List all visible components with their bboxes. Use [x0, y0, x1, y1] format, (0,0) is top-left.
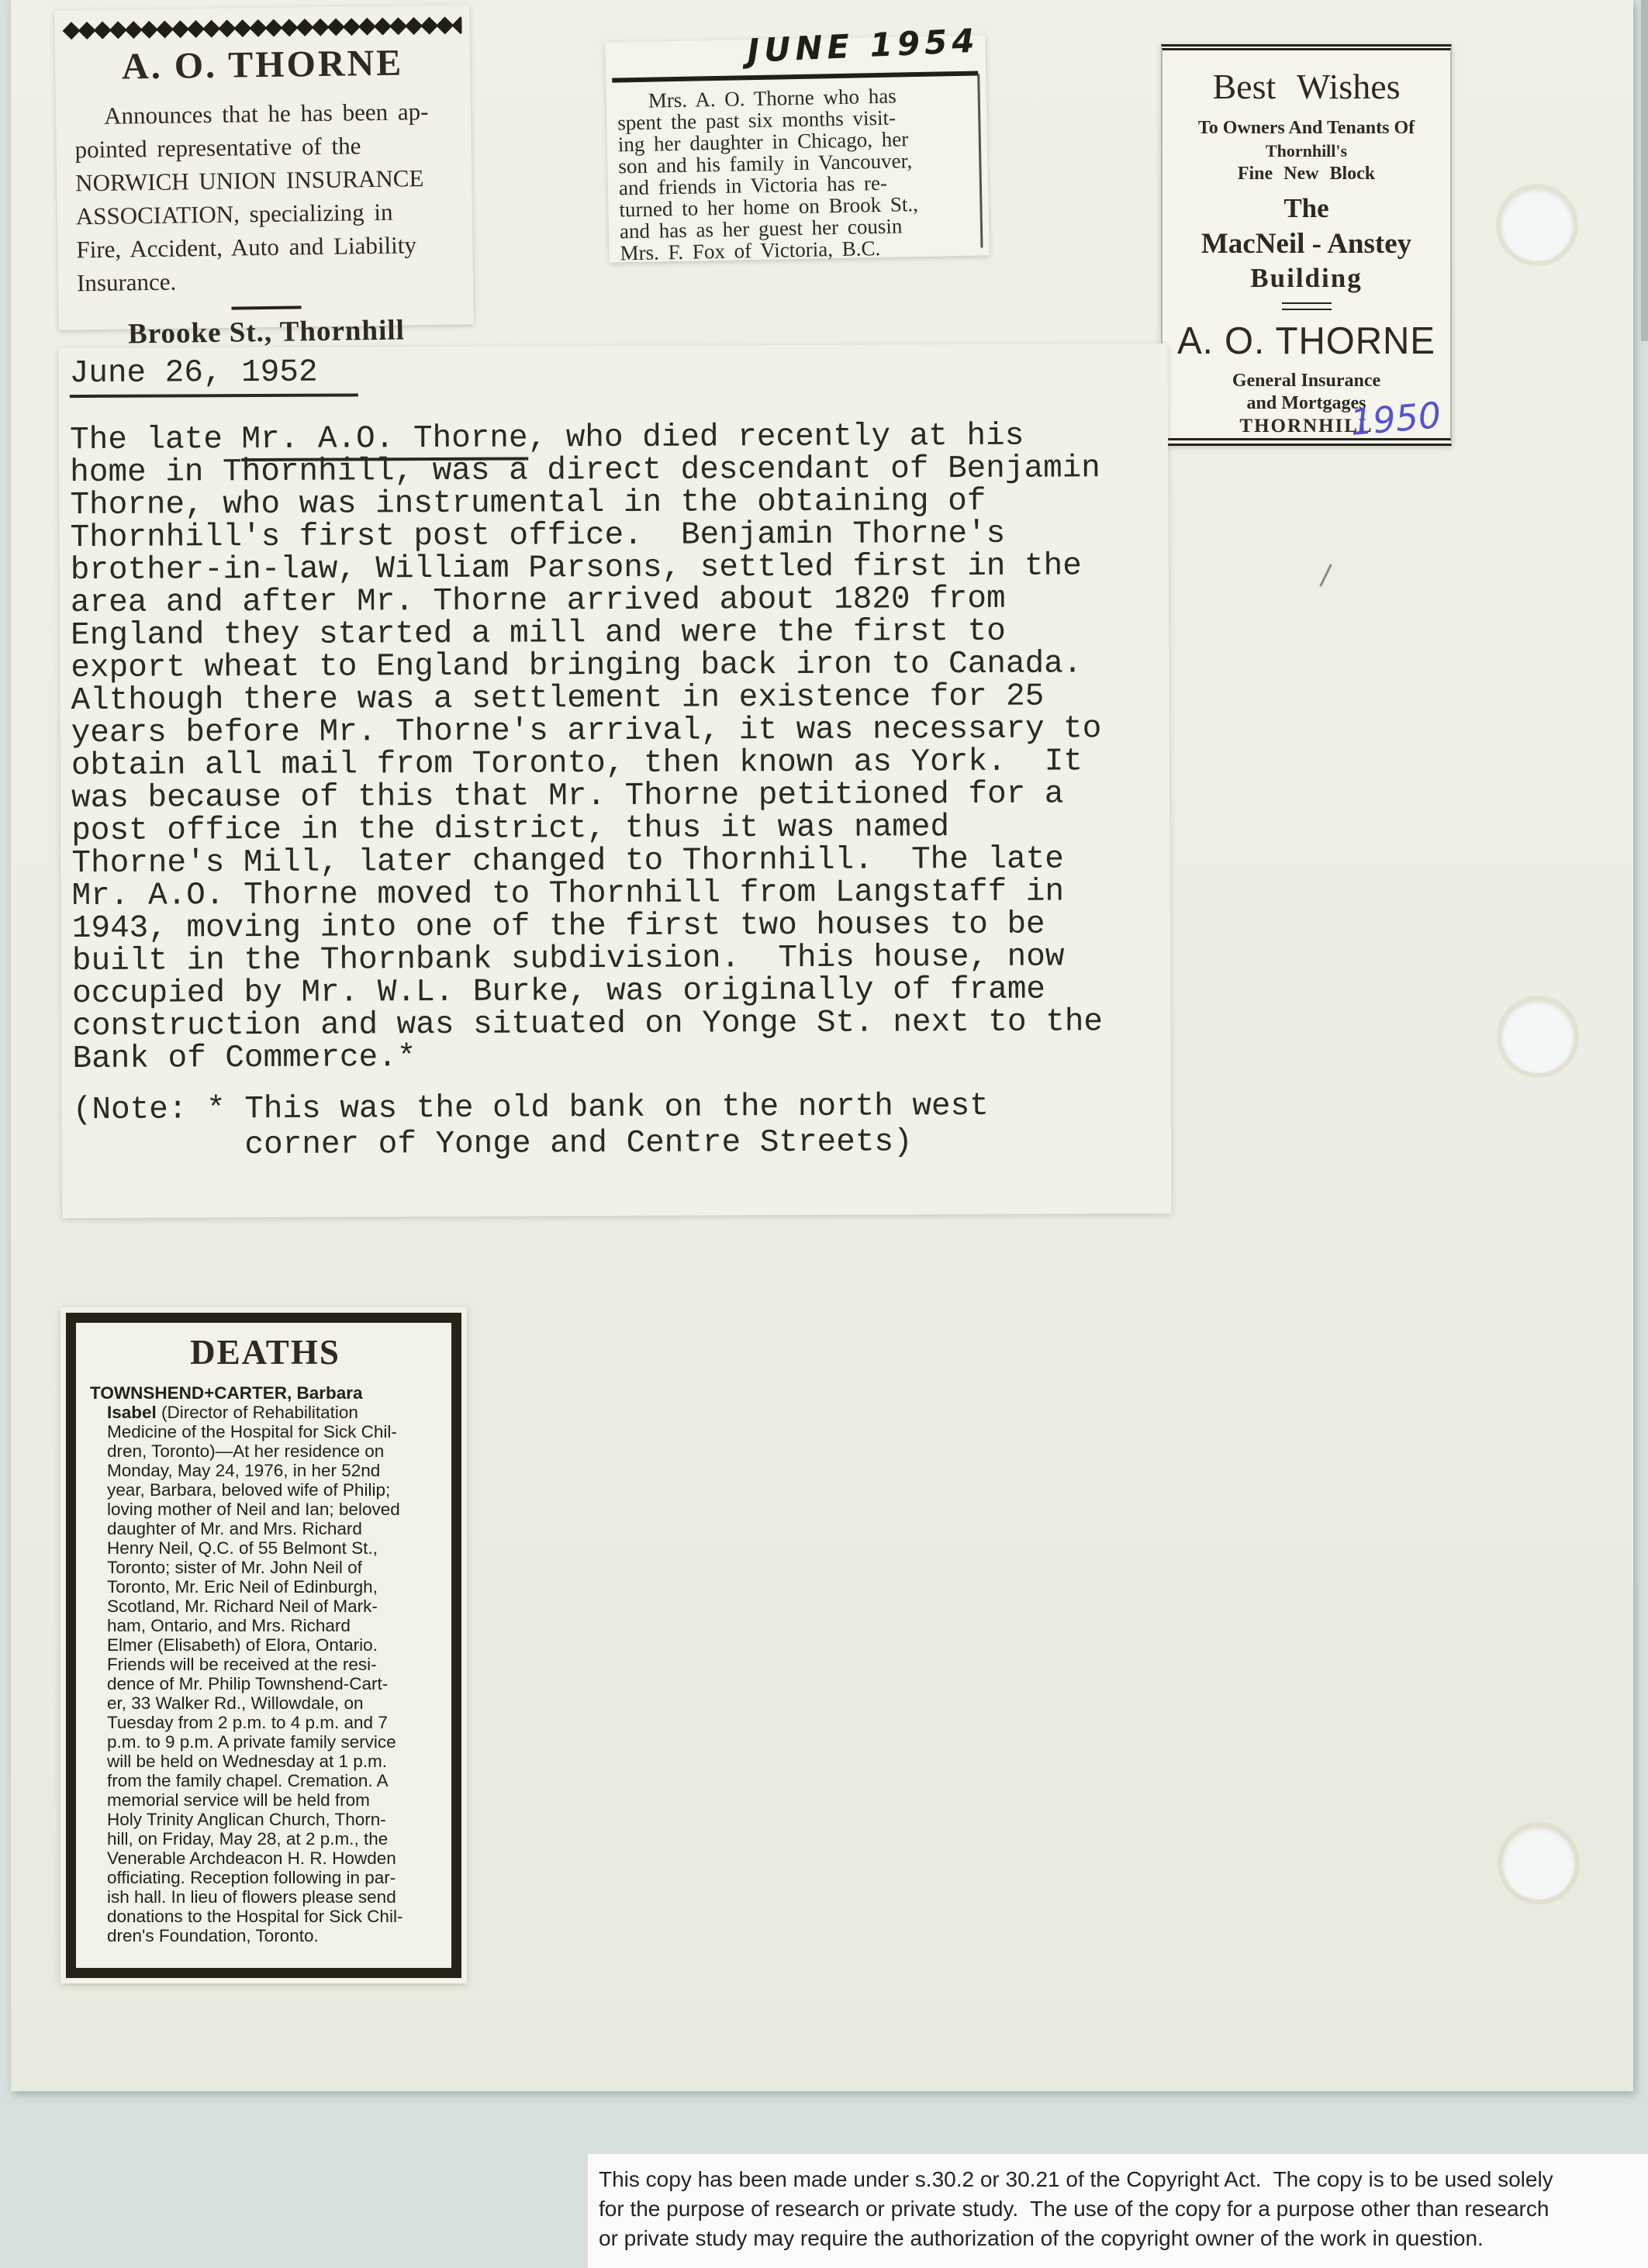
typed-date: June 26, 1952	[70, 354, 358, 398]
clipping-body-text: Announces that he has been ap- pointed r…	[74, 95, 455, 300]
punched-hole	[1502, 1827, 1575, 1900]
copyright-notice: This copy has been made under s.30.2 or …	[588, 2154, 1648, 2268]
obituary-text: (Director of Rehabilitation Medicine of …	[107, 1403, 402, 1945]
ad-subline: To Owners And Tenants Of	[1163, 118, 1450, 139]
punched-hole	[1501, 1000, 1574, 1073]
ad-service-line: General Insurance	[1163, 371, 1450, 392]
typed-history-note: June 26, 1952 The late Mr. A.O. Thorne, …	[59, 343, 1172, 1218]
obituary-section-header: DEATHS	[90, 1332, 441, 1372]
typed-paragraph-start: The late	[70, 422, 242, 458]
ad-building-name: MacNeil - Anstey	[1163, 227, 1450, 261]
divider-rule	[1282, 302, 1332, 310]
news-clipping-best-wishes: Best Wishes To Owners And Tenants Of Tho…	[1161, 44, 1452, 446]
punched-hole	[1501, 188, 1574, 261]
ad-subline: Thornhill's	[1163, 141, 1450, 161]
ad-heading: Best Wishes	[1163, 66, 1450, 107]
ad-building-line: The	[1163, 193, 1450, 224]
news-clipping-appointment: ◆◆◆◆◆◆◆◆◆◆◆◆◆◆◆◆◆◆◆◆◆◆◆◆◆◆◆◆◆ A. O. THOR…	[54, 5, 474, 330]
news-clipping-obituary: DEATHS TOWNSHEND+CARTER, Barbara Isabel …	[60, 1307, 467, 1983]
column-top-rule	[612, 71, 978, 83]
obituary-body-text: TOWNSHEND+CARTER, Barbara Isabel (Direct…	[90, 1383, 441, 1945]
clipping-body-text: Mrs. A. O. Thorne who has spent the past…	[617, 84, 976, 264]
ad-subline: Fine New Block	[1163, 164, 1450, 185]
obituary-frame: DEATHS TOWNSHEND+CARTER, Barbara Isabel …	[66, 1313, 461, 1978]
clipping-title: A. O. THORNE	[55, 40, 471, 88]
ad-advertiser-name: A. O. THORNE	[1167, 319, 1446, 363]
divider-rule	[231, 306, 301, 309]
typed-footnote: (Note: * This was the old bank on the no…	[73, 1088, 1171, 1164]
typed-paragraph-rest: , who died recently at his home in Thorn…	[70, 419, 1103, 1077]
diamond-border-icon: ◆◆◆◆◆◆◆◆◆◆◆◆◆◆◆◆◆◆◆◆◆◆◆◆◆◆◆◆◆	[62, 14, 461, 43]
handwritten-year: 1950	[1349, 394, 1442, 444]
ad-building-line: Building	[1163, 263, 1450, 294]
typed-paragraph: The late Mr. A.O. Thorne, who died recen…	[70, 419, 1171, 1075]
column-side-rule	[977, 74, 983, 247]
news-clipping-visit: JUNE 1954 Mrs. A. O. Thorne who has spen…	[605, 35, 989, 262]
scanner-edge-shadow	[1641, 0, 1648, 341]
